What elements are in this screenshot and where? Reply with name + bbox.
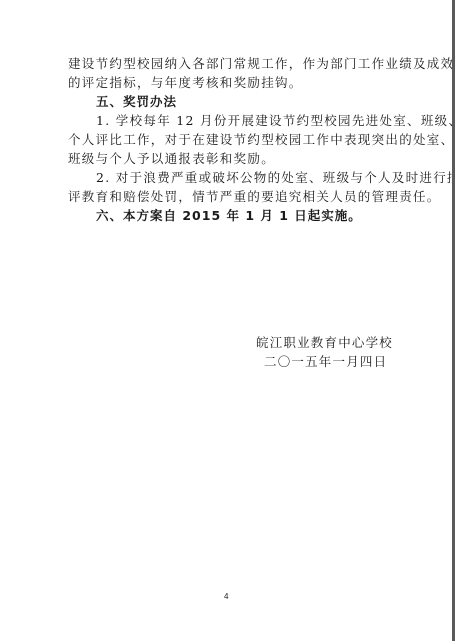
document-body: 建设节约型校园纳入各部门常规工作，作为部门工作业绩及成效 的评定指标，与年度考核… [68,54,386,225]
signature-organization: 皖江职业教育中心学校 [256,333,393,352]
page-number: 4 [224,592,228,601]
paragraph-line: 建设节约型校园纳入各部门常规工作，作为部门工作业绩及成效 [68,54,386,73]
section-heading-effective-date: 六、本方案自 2015 年 1 月 1 日起实施。 [68,206,386,225]
paragraph-line: 班级与个人予以通报表彰和奖励。 [68,149,386,168]
paragraph-line: 的评定指标，与年度考核和奖励挂钩。 [68,73,386,92]
signature-block: 皖江职业教育中心学校 二〇一五年一月四日 [256,333,393,371]
paragraph-line: 2. 对于浪费严重或破坏公物的处室、班级与个人及时进行批 [68,168,386,187]
document-page: 建设节约型校园纳入各部门常规工作，作为部门工作业绩及成效 的评定指标，与年度考核… [0,0,452,641]
paragraph-line: 个人评比工作，对于在建设节约型校园工作中表现突出的处室、 [68,130,386,149]
section-heading-rewards-penalties: 五、奖罚办法 [68,92,386,111]
paragraph-line: 评教育和赔偿处罚，情节严重的要追究相关人员的管理责任。 [68,187,386,206]
signature-date: 二〇一五年一月四日 [256,352,393,371]
paragraph-line: 1. 学校每年 12 月份开展建设节约型校园先进处室、班级、 [68,111,386,130]
